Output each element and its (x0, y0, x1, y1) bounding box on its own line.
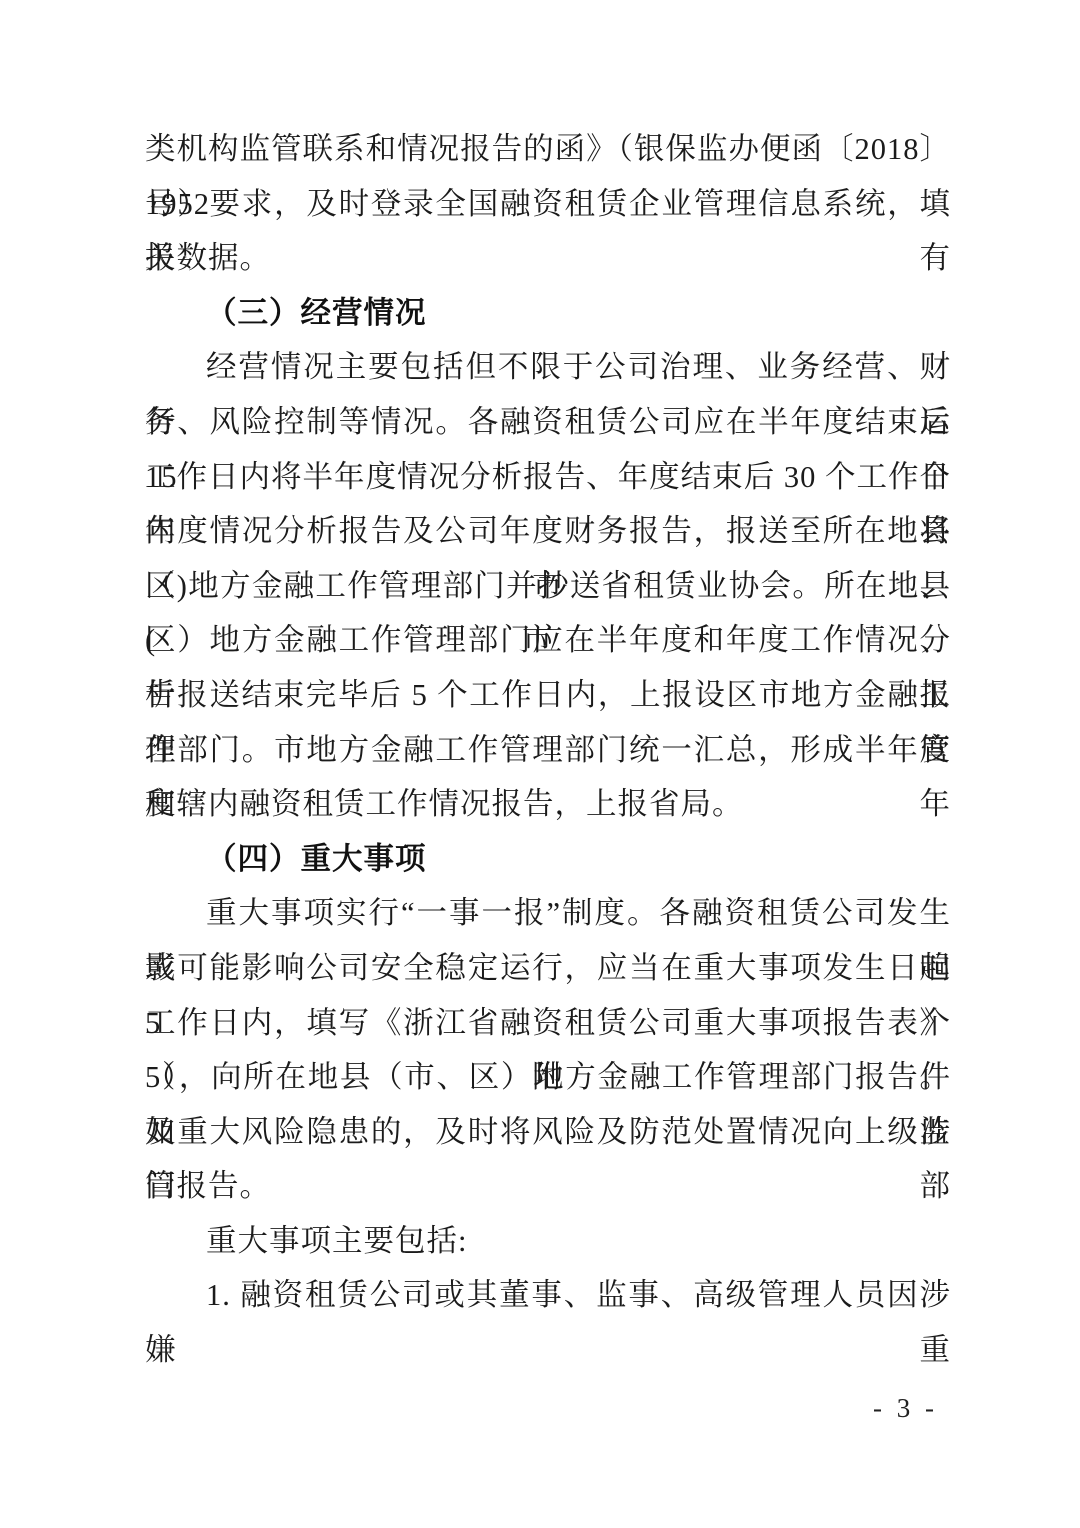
text-line: 类机构监管联系和情况报告的函》（银保监办便函〔2018〕1952 (145, 122, 951, 177)
text-line: 1. 融资租赁公司或其董事、监事、高级管理人员因涉嫌重 (145, 1268, 951, 1323)
text-line: 或可能影响公司安全稳定运行，应当在重大事项发生日起 5 个 (145, 941, 951, 996)
text-line: 经营情况主要包括但不限于公司治理、业务经营、财务运 (145, 340, 951, 395)
text-line: 行、风险控制等情况。各融资租赁公司应在半年度结束后 15 个 (145, 395, 951, 450)
text-line: 区）地方金融工作管理部门应在半年度和年度工作情况分析报 (145, 613, 951, 668)
text-line: 重大事项实行“一事一报”制度。各融资租赁公司发生影响 (145, 886, 951, 941)
document-body: 类机构监管联系和情况报告的函》（银保监办便函〔2018〕1952号）要求，及时登… (145, 122, 951, 1323)
section-heading: （四）重大事项 (145, 832, 951, 887)
text-line: 号）要求，及时登录全国融资租赁企业管理信息系统，填报有 (145, 177, 951, 232)
page-number: - 3 - (873, 1392, 938, 1424)
text-line: 告报送结束完毕后 5 个工作日内，上报设区市地方金融工作管 (145, 668, 951, 723)
section-heading: （三）经营情况 (145, 286, 951, 341)
text-line: 年度情况分析报告及公司年度财务报告，报送至所在地县（市、 (145, 504, 951, 559)
text-line: 及重大风险隐患的，及时将风险及防范处置情况向上级监管部 (145, 1105, 951, 1160)
text-line: 理部门。市地方金融工作管理部门统一汇总，形成半年度和年 (145, 723, 951, 778)
text-line: 重大事项主要包括: (145, 1214, 951, 1269)
text-line: 工作日内，填写《浙江省融资租赁公司重大事项报告表》（附件 (145, 996, 951, 1051)
text-line: 工作日内将半年度情况分析报告、年度结束后 30 个工作日内将 (145, 450, 951, 505)
text-line: 区)地方金融工作管理部门并抄送省租赁业协会。所在地县(市、 (145, 559, 951, 614)
document-page: 类机构监管联系和情况报告的函》（银保监办便函〔2018〕1952号）要求，及时登… (0, 0, 1080, 1528)
text-line: 5），向所在地县（市、区）地方金融工作管理部门报告。如涉 (145, 1050, 951, 1105)
